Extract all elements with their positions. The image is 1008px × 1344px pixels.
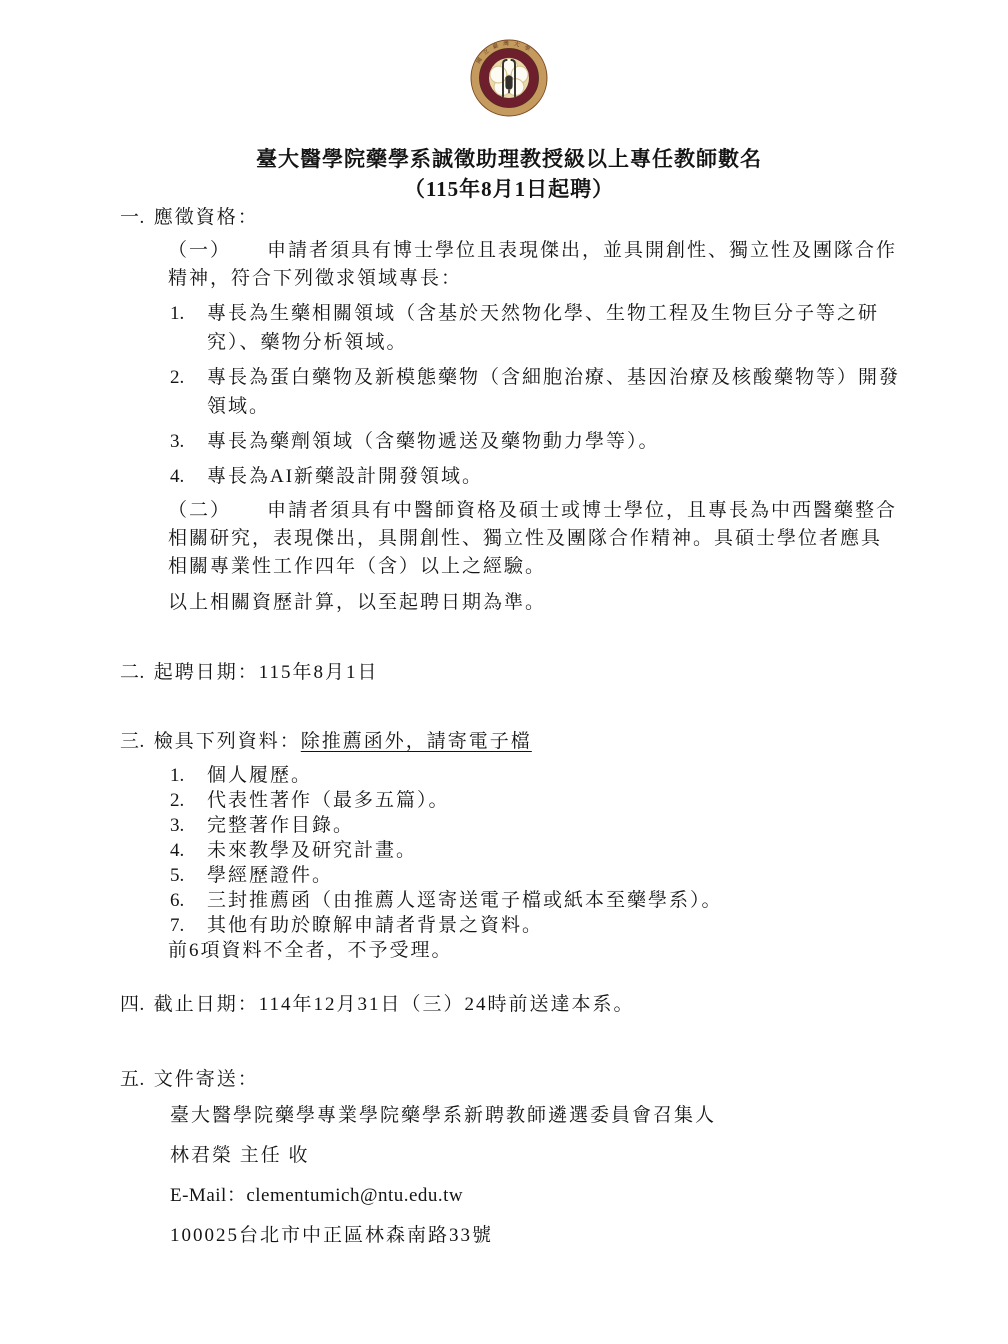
section-qualifications: 一.應徵資格： （一）申請者須具有博士學位且表現傑出，並具開創性、獨立性及團隊合… [120,204,898,617]
list-item: 2. 專長為蛋白藥物及新模態藥物（含細胞治療、基因治療及核酸藥物等）開發領域。 [170,363,902,421]
item-text: 個人履歷。 [207,763,902,788]
item-number: 2. [170,788,207,813]
qualification-note: 以上相關資歷計算，以至起聘日期為準。 [168,589,898,617]
item-text: 完整著作目錄。 [207,813,902,838]
item-text: 專長為AI新藥設計開發領域。 [207,462,902,491]
list-item: 3. 專長為藥劑領域（含藥物遞送及藥物動力學等）。 [170,427,902,456]
paragraph-2-label: （二） [168,500,231,521]
section-3-heading: 檢具下列資料： [154,731,301,752]
list-item: 3. 完整著作目錄。 [170,813,902,838]
item-number: 1. [170,763,207,788]
item-number: 7. [170,913,207,938]
list-item: 1. 個人履歷。 [170,763,902,788]
section-5-heading: 文件寄送： [154,1069,259,1090]
section-4-heading: 截止日期：114年12月31日（三）24時前送達本系。 [154,994,635,1015]
qualification-paragraph-2: （二）申請者須具有中醫師資格及碩士或博士學位，且專長為中西醫藥整合相關研究，表現… [168,497,898,581]
item-number: 4. [170,838,207,863]
item-number: 6. [170,888,207,913]
item-text: 未來教學及研究計畫。 [207,838,902,863]
section-2-marker: 二. [120,662,145,683]
item-number: 1. [170,299,207,357]
list-item: 7. 其他有助於瞭解申請者背景之資料。 [170,913,902,938]
recipient-committee-line: 臺大醫學院藥學專業學院藥學系新聘教師遴選委員會召集人 [170,1103,898,1129]
list-item: 4. 專長為AI新藥設計開發領域。 [170,462,902,491]
item-text: 三封推薦函（由推薦人逕寄送電子檔或紙本至藥學系）。 [207,888,902,913]
item-text: 其他有助於瞭解申請者背景之資料。 [207,913,902,938]
specialty-list: 1. 專長為生藥相關領域（含基於天然物化學、生物工程及生物巨分子等之研究）、藥物… [120,299,898,491]
list-item: 2. 代表性著作（最多五篇）。 [170,788,902,813]
email-line: E-Mail：clementumich@ntu.edu.tw [170,1183,898,1209]
section-1-heading: 應徵資格： [154,207,259,228]
paragraph-2-text: 申請者須具有中醫師資格及碩士或博士學位，且專長為中西醫藥整合相關研究，表現傑出，… [168,500,897,577]
item-text: 專長為生藥相關領域（含基於天然物化學、生物工程及生物巨分子等之研究）、藥物分析領… [207,299,902,357]
ntu-seal-logo: 國立臺灣大學 敦品勵學・愛國愛人 [120,38,898,118]
document-subtitle: （115年8月1日起聘） [120,174,898,204]
section-2-heading: 起聘日期：115年8月1日 [154,662,379,683]
paragraph-1-text: 申請者須具有博士學位且表現傑出，並具開創性、獨立性及團隊合作精神，符合下列徵求領… [168,240,897,289]
section-1-heading-row: 一.應徵資格： [120,204,898,231]
section-5-marker: 五. [120,1069,145,1090]
item-number: 3. [170,427,207,456]
list-item: 1. 專長為生藥相關領域（含基於天然物化學、生物工程及生物巨分子等之研究）、藥物… [170,299,902,357]
list-item: 5. 學經歷證件。 [170,863,902,888]
section-deadline: 四.截止日期：114年12月31日（三）24時前送達本系。 [120,991,898,1018]
recipient-name-line: 林君榮 主任 收 [170,1143,898,1169]
list-item: 6. 三封推薦函（由推薦人逕寄送電子檔或紙本至藥學系）。 [170,888,902,913]
item-text: 學經歷證件。 [207,863,902,888]
paragraph-1-label: （一） [168,240,231,261]
section-1-marker: 一. [120,207,145,228]
section-4-marker: 四. [120,994,145,1015]
section-5-heading-row: 五.文件寄送： [120,1066,898,1093]
document-page: 國立臺灣大學 敦品勵學・愛國愛人 臺大醫學院藥學系誠徵助理教授級以 [0,0,1008,1344]
document-title: 臺大醫學院藥學系誠徵助理教授級以上專任教師數名 [120,144,898,174]
item-number: 3. [170,813,207,838]
title-block: 臺大醫學院藥學系誠徵助理教授級以上專任教師數名 （115年8月1日起聘） [120,144,898,204]
item-number: 5. [170,863,207,888]
delivery-address-block: 臺大醫學院藥學專業學院藥學系新聘教師遴選委員會召集人 林君榮 主任 收 E-Ma… [120,1103,898,1249]
documents-incomplete-note: 前6項資料不全者，不予受理。 [168,938,898,963]
item-number: 4. [170,462,207,491]
list-item: 4. 未來教學及研究計畫。 [170,838,902,863]
section-3-heading-underlined: 除推薦函外，請寄電子檔 [301,731,532,752]
section-3-heading-row: 三.檢具下列資料：除推薦函外，請寄電子檔 [120,728,898,755]
section-required-documents: 三.檢具下列資料：除推薦函外，請寄電子檔 1. 個人履歷。 2. 代表性著作（最… [120,728,898,963]
qualification-paragraph-1: （一）申請者須具有博士學位且表現傑出，並具開創性、獨立性及團隊合作精神，符合下列… [168,237,898,293]
item-text: 專長為藥劑領域（含藥物遞送及藥物動力學等）。 [207,427,902,456]
item-text: 代表性著作（最多五篇）。 [207,788,902,813]
documents-list: 1. 個人履歷。 2. 代表性著作（最多五篇）。 3. 完整著作目錄。 4. 未… [120,763,898,938]
ntu-seal-icon: 國立臺灣大學 敦品勵學・愛國愛人 [469,38,549,118]
section-document-delivery: 五.文件寄送： 臺大醫學院藥學專業學院藥學系新聘教師遴選委員會召集人 林君榮 主… [120,1066,898,1249]
section-start-date: 二.起聘日期：115年8月1日 [120,659,898,686]
item-number: 2. [170,363,207,421]
item-text: 專長為蛋白藥物及新模態藥物（含細胞治療、基因治療及核酸藥物等）開發領域。 [207,363,902,421]
postal-address-line: 100025台北市中正區林森南路33號 [170,1223,898,1249]
section-3-marker: 三. [120,731,145,752]
